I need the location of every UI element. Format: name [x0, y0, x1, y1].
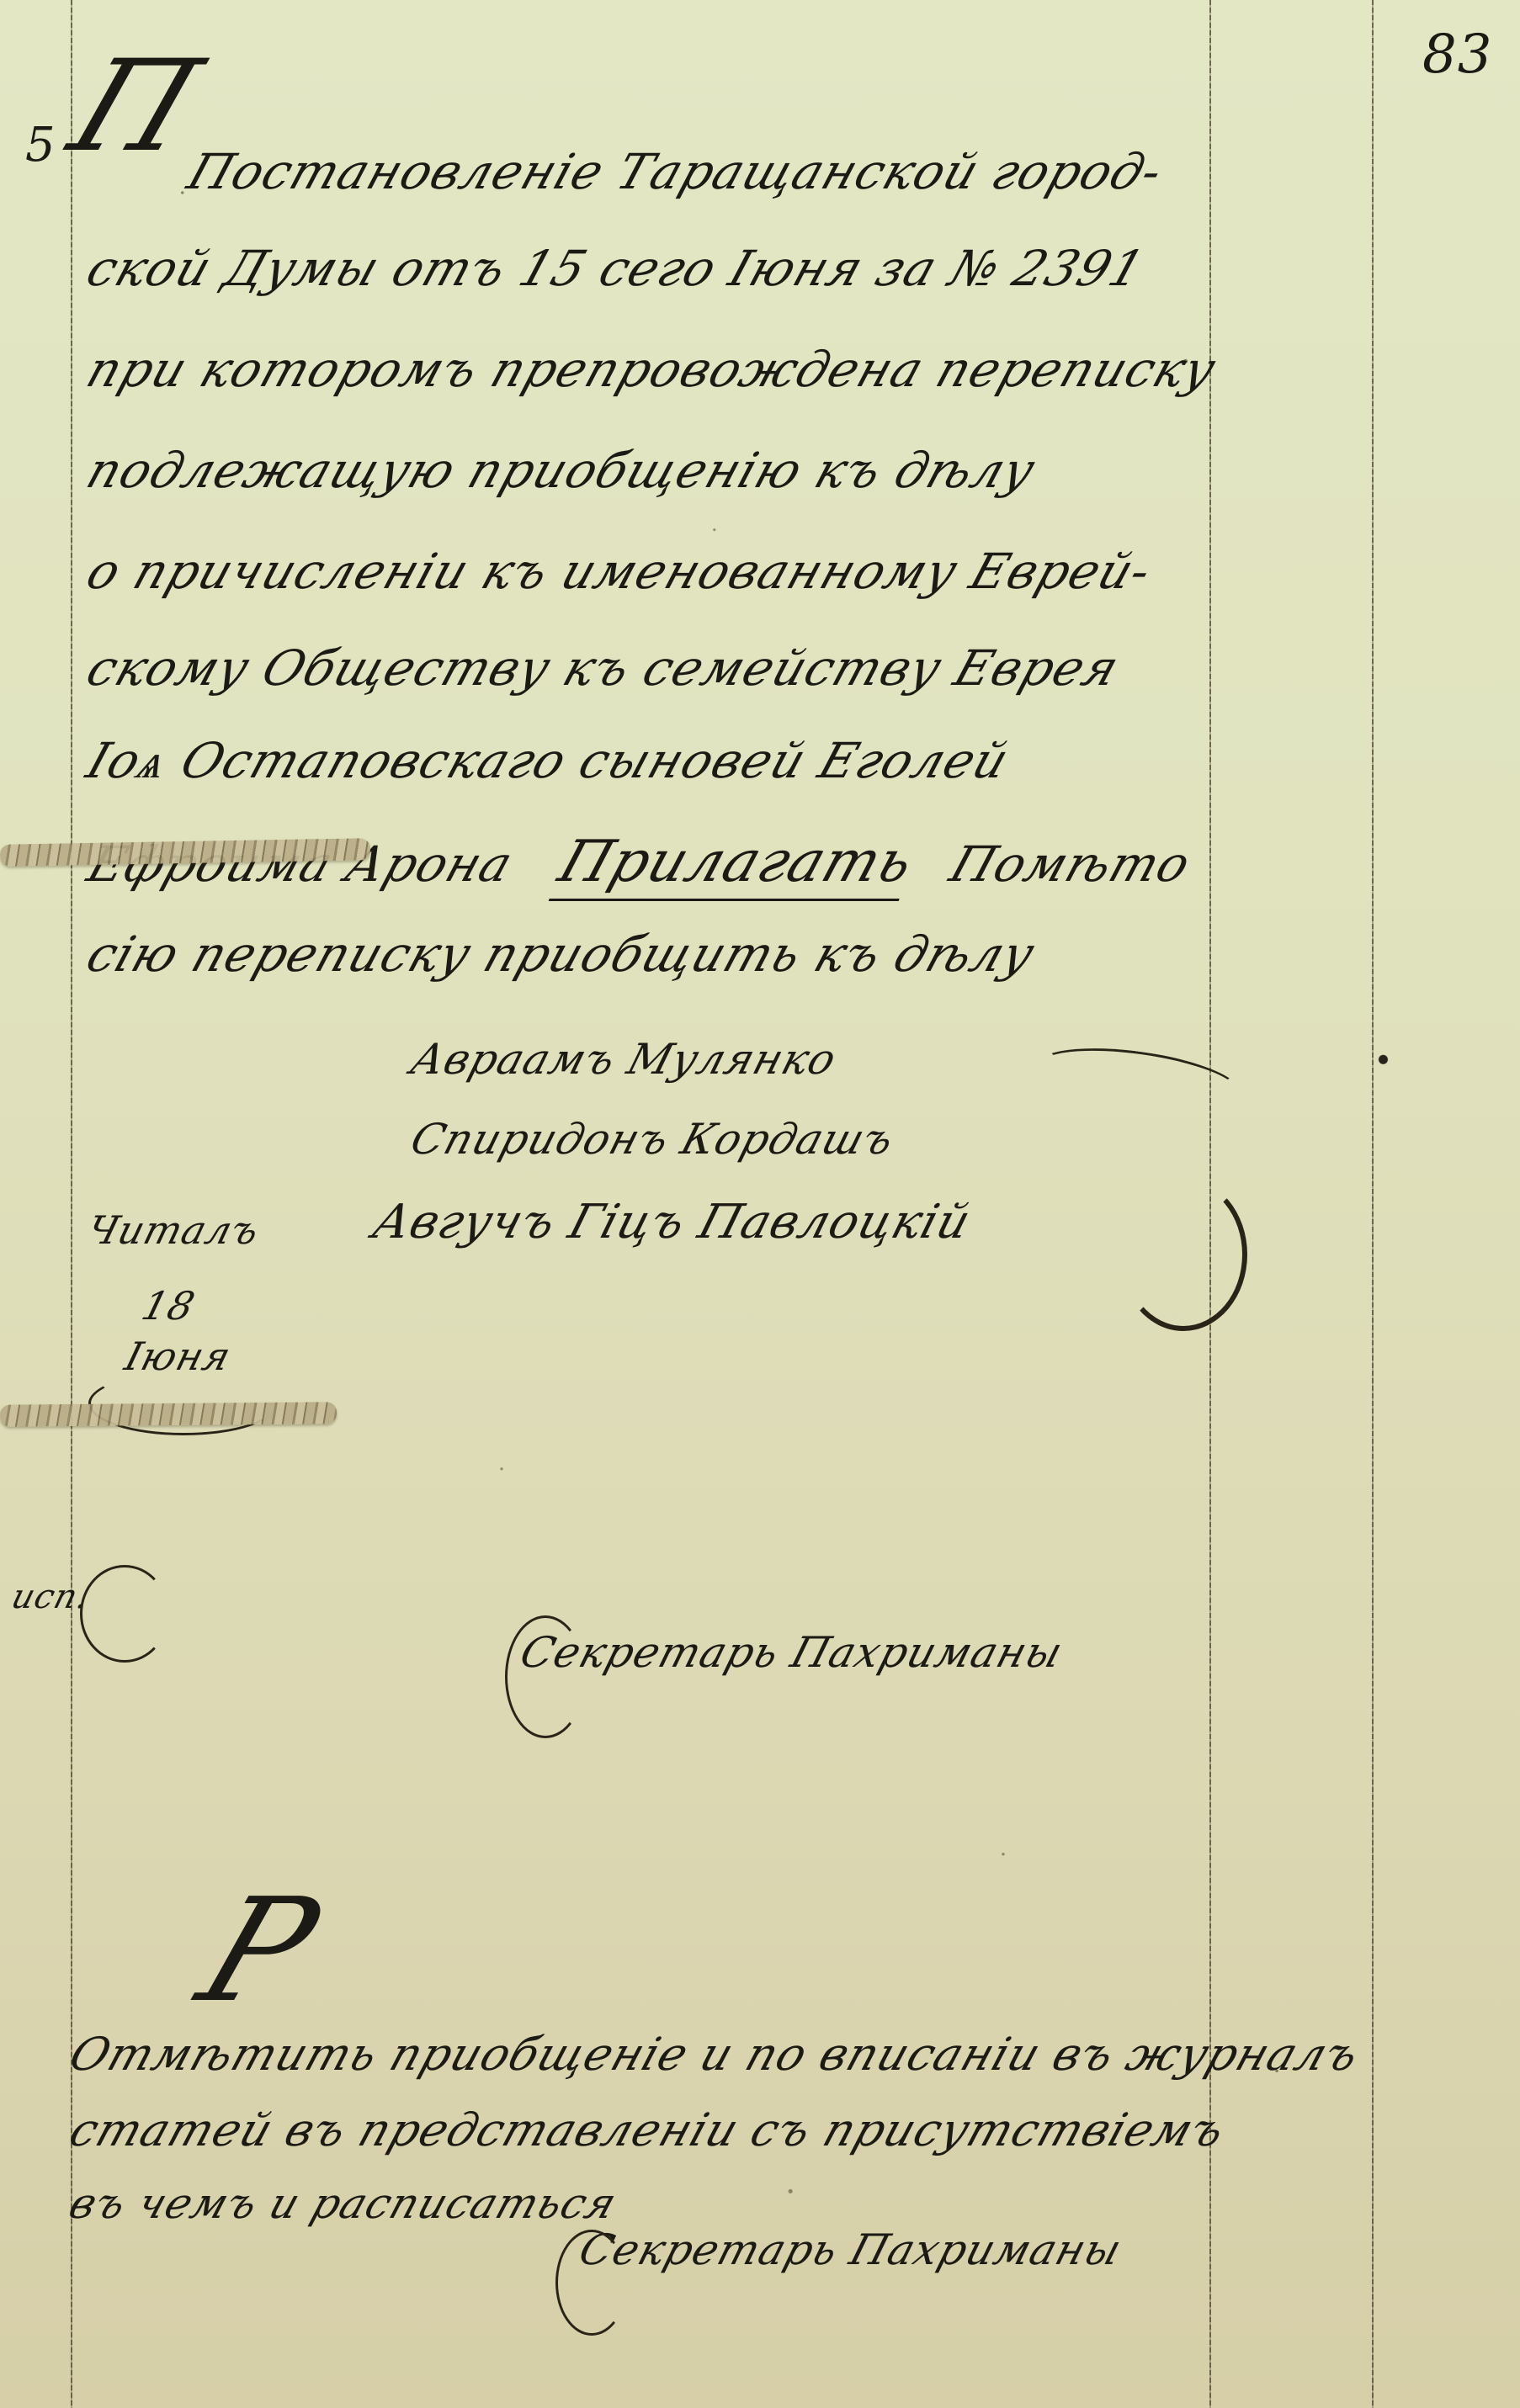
signature-tail-flourish [1119, 1178, 1247, 1331]
entry-line-9: сію переписку приобщить къ дѣлу [80, 926, 1042, 983]
margin-note-day: 18 [137, 1283, 200, 1329]
secretary-signature-2-flourish [555, 2230, 628, 2336]
underlined-surname: Прилагать [549, 829, 922, 901]
entry-initial-capital: П [53, 34, 216, 180]
entry-line-4: подлежащую приобщенію къ дѣлу [80, 442, 1043, 499]
entry-line-5: о причисленіи къ именованному Еврей- [80, 543, 1159, 600]
signature-flourish [1033, 1037, 1246, 1122]
margin-note-small-flourish [80, 1565, 169, 1663]
resolution-initial-capital: Р [180, 1868, 337, 2034]
signature-3: Авгучъ Гіцъ Павлоцкій [367, 1195, 977, 1249]
secretary-signature-1: Секретарь Пахриманы [515, 1628, 1069, 1677]
outer-margin-rule [1372, 0, 1374, 2408]
entry-line-6: скому Обществу къ семейству Еврея [80, 639, 1127, 697]
entry-line-2: ской Думы отъ 15 сего Іюня за № 2391 [80, 240, 1152, 297]
page-number: 83 [1422, 24, 1492, 86]
resolution-line-2: статей въ представленіи съ присутствіемъ [63, 2103, 1232, 2156]
secretary-signature-1-flourish [505, 1615, 586, 1738]
signature-2: Спиридонъ Кордашъ [406, 1115, 900, 1164]
entry-line-7: Іоѧ Остаповскаго сыновей Еголей [80, 732, 1017, 789]
entry-line-3: при которомъ препровождена переписку [80, 341, 1224, 398]
binding-string-lower [0, 1402, 337, 1426]
left-margin-rule [71, 0, 72, 2408]
signature-1: Авраамъ Мулянко [406, 1035, 842, 1084]
entry-number: 5 [25, 118, 56, 172]
resolution-line-3: въ чемъ и расписаться [63, 2179, 623, 2228]
resolution-line-1: Отмѣтить приобщеніе и по вписаніи въ жур… [63, 2028, 1366, 2081]
entry-trailing-word: Помѣто [943, 835, 1198, 893]
secretary-signature-2: Секретарь Пахриманы [574, 2225, 1128, 2274]
entry-line-1: Постановленіе Таращанской город- [181, 143, 1171, 200]
margin-note-read: Читалъ [82, 1207, 265, 1253]
